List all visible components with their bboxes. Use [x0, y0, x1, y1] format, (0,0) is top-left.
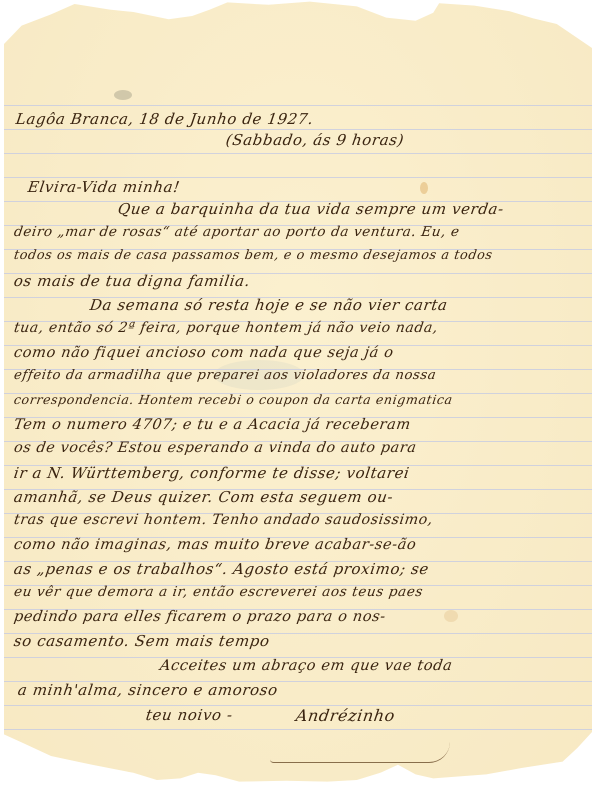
body-line: tras que escrevi hontem. Tenho andado sa…	[13, 512, 434, 528]
body-line: como não fiquei ancioso com nada que sej…	[13, 344, 395, 361]
signature-flourish	[270, 742, 450, 763]
signature-name: Andrézinho	[295, 706, 397, 725]
body-line: como não imaginas, mas muito breve acaba…	[13, 536, 418, 553]
body-line: so casamento. Sem mais tempo	[13, 632, 271, 650]
body-line: todos os mais de casa passamos bem, e o …	[13, 248, 494, 263]
body-line: os de vocês? Estou esperando a vinda do …	[13, 440, 418, 456]
paper-stain	[444, 610, 458, 622]
ruled-line	[4, 153, 592, 154]
body-line: deiro „mar de rosas“ até aportar ao port…	[13, 224, 461, 240]
body-line: as „penas e os trabalhos“. Agosto está p…	[13, 560, 430, 578]
body-line: pedindo para elles ficarem o prazo para …	[13, 608, 387, 625]
body-line: Tem o numero 4707; e tu e a Acacia já re…	[13, 416, 412, 433]
place-date: Lagôa Branca, 18 de Junho de 1927.	[15, 110, 315, 128]
body-line: amanhã, se Deus quizer. Com esta seguem …	[13, 488, 395, 506]
body-line: correspondencia. Hontem recebi o coupon …	[13, 392, 454, 407]
paper-stain	[420, 182, 428, 194]
ruled-line	[4, 729, 592, 730]
body-line: os mais de tua digna familia.	[13, 272, 252, 290]
day-time: (Sabbado, ás 9 horas)	[225, 131, 406, 149]
body-line: Da semana só resta hoje e se não vier ca…	[89, 296, 449, 314]
paper-stain	[114, 90, 132, 100]
body-line: ir a N. Württemberg, conforme te disse; …	[13, 464, 411, 482]
body-line: eu vêr que demora a ir, então escreverei…	[13, 584, 424, 600]
ruled-line	[4, 105, 592, 106]
signature-prefix: teu noivo -	[145, 706, 234, 724]
body-line: effeito da armadilha que preparei aos vi…	[13, 368, 437, 383]
body-line: tua, então só 2ª feira, porque hontem já…	[13, 320, 439, 336]
body-line: Que a barquinha da tua vida sempre um ve…	[117, 200, 505, 218]
closing-line: Acceites um abraço em que vae toda	[159, 657, 454, 674]
salutation: Elvira-Vida minha!	[27, 178, 181, 196]
ruled-line	[4, 129, 592, 130]
closing-line: a minh'alma, sincero e amoroso	[17, 681, 279, 699]
